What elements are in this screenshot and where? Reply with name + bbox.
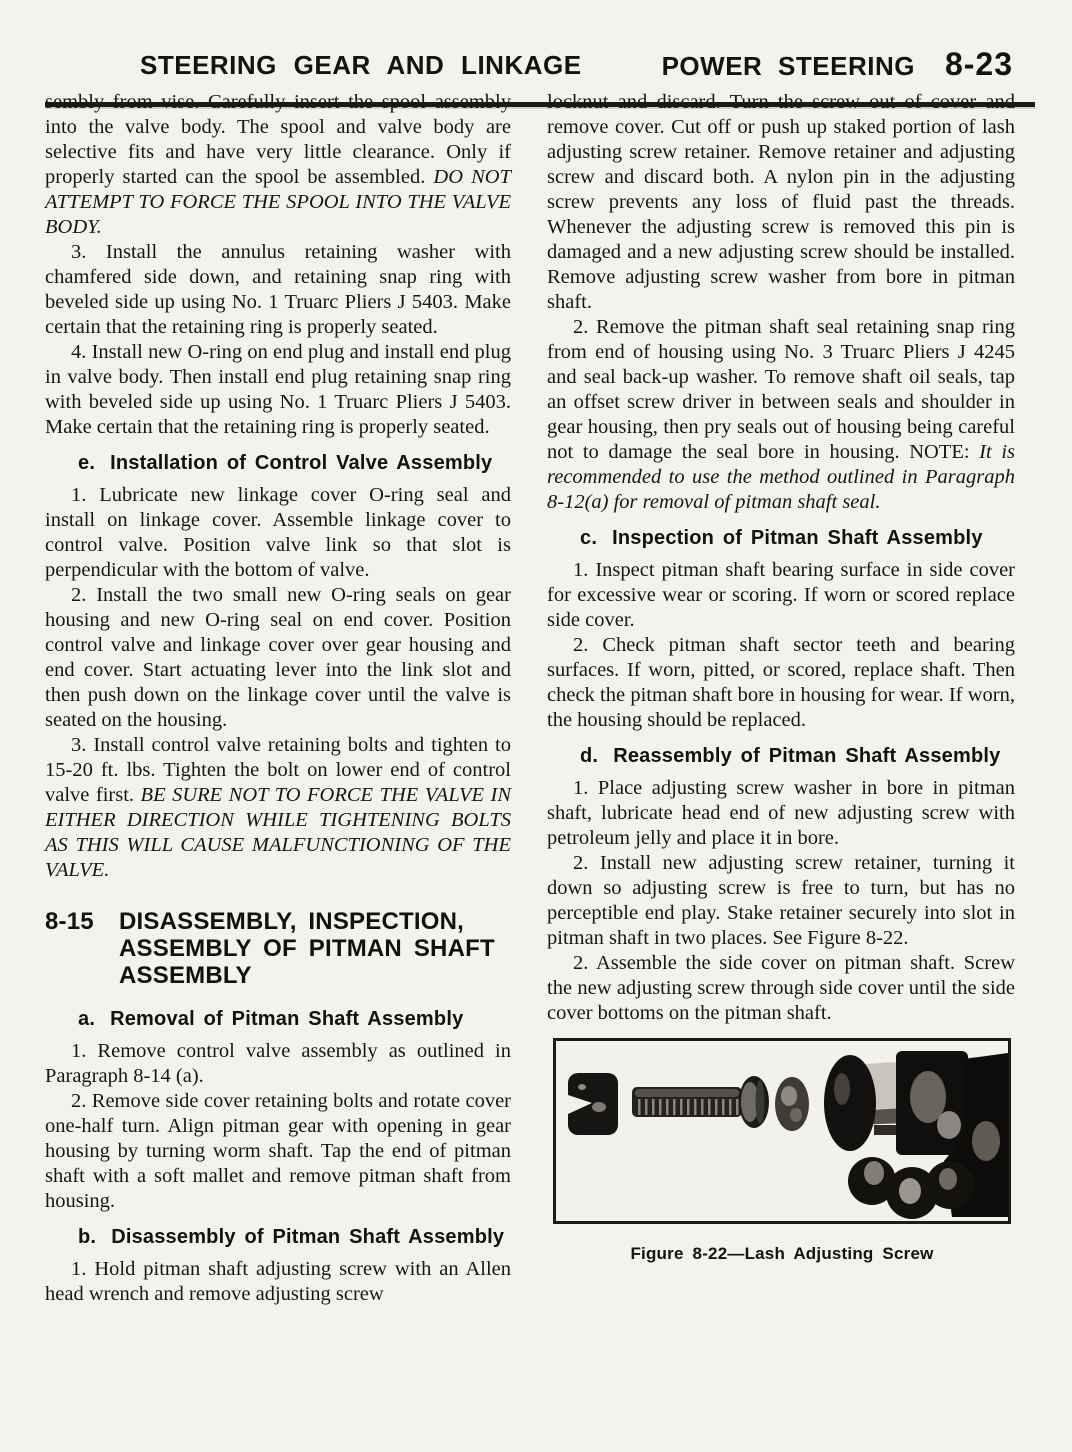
header-left-title: STEERING GEAR AND LINKAGE: [140, 50, 582, 81]
text-run: 2. Remove side cover retaining bolts and…: [45, 1090, 511, 1212]
section-title: DISASSEMBLY, INSPECTION, ASSEMBLY OF PIT…: [119, 908, 511, 989]
text-run: 1. Place adjusting screw washer in bore …: [547, 777, 1015, 849]
right-column: locknut and discard. Turn the screw out …: [547, 90, 1015, 1264]
subheading-title: Removal of Pitman Shaft Assembly: [110, 1007, 463, 1031]
paragraph: 2. Check pitman shaft sector teeth and b…: [547, 633, 1015, 733]
subheading-label: e.: [78, 451, 95, 475]
subheading: a.Removal of Pitman Shaft Assembly: [78, 1007, 511, 1031]
subheading-title: Reassembly of Pitman Shaft Assembly: [613, 744, 1000, 768]
subheading: b.Disassembly of Pitman Shaft Assembly: [78, 1225, 511, 1249]
figure-8-22: Figure 8-22—Lash Adjusting Screw: [553, 1038, 1011, 1264]
subheading-title: Disassembly of Pitman Shaft Assembly: [111, 1225, 504, 1249]
paragraph: 1. Remove control valve assembly as outl…: [45, 1039, 511, 1089]
section-heading: 8-15DISASSEMBLY, INSPECTION, ASSEMBLY OF…: [45, 908, 511, 989]
paragraph: 2. Assemble the side cover on pitman sha…: [547, 951, 1015, 1026]
paragraph: 1. Place adjusting screw washer in bore …: [547, 776, 1015, 851]
paragraph: 2. Install new adjusting screw retainer,…: [547, 851, 1015, 951]
text-run: locknut and discard. Turn the screw out …: [547, 91, 1015, 313]
header-right-title: POWER STEERING: [662, 51, 915, 82]
manual-page: STEERING GEAR AND LINKAGE POWER STEERING…: [0, 0, 1072, 1452]
subheading: c.Inspection of Pitman Shaft Assembly: [580, 526, 1015, 550]
subheading-title: Installation of Control Valve Assembly: [110, 451, 492, 475]
paragraph: 1. Hold pitman shaft adjusting screw wit…: [45, 1257, 511, 1307]
text-run: 2. Assemble the side cover on pitman sha…: [547, 952, 1015, 1024]
text-run: 1. Remove control valve assembly as outl…: [45, 1040, 511, 1087]
paragraph: 1. Lubricate new linkage cover O-ring se…: [45, 483, 511, 583]
figure-photo: [553, 1038, 1011, 1224]
subheading-label: b.: [78, 1225, 96, 1249]
paragraph: 3. Install control valve retaining bolts…: [45, 733, 511, 883]
left-column: sembly from vise. Carefully insert the s…: [45, 90, 511, 1307]
page-number: 8-23: [945, 46, 1013, 83]
paragraph: 2. Remove the pitman shaft seal retainin…: [547, 315, 1015, 515]
paragraph: 2. Install the two small new O-ring seal…: [45, 583, 511, 733]
right-column-blocks: locknut and discard. Turn the screw out …: [547, 90, 1015, 1026]
text-run: 1. Lubricate new linkage cover O-ring se…: [45, 484, 511, 581]
subheading: e.Installation of Control Valve Assembly: [78, 451, 511, 475]
paragraph: sembly from vise. Carefully insert the s…: [45, 90, 511, 240]
text-run: 1. Inspect pitman shaft bearing surface …: [547, 559, 1015, 631]
text-run: 2. Remove the pitman shaft seal retainin…: [547, 316, 1015, 463]
header-right: POWER STEERING 8-23: [662, 46, 1013, 83]
paragraph: locknut and discard. Turn the screw out …: [547, 90, 1015, 315]
subheading-title: Inspection of Pitman Shaft Assembly: [612, 526, 983, 550]
left-column-blocks: sembly from vise. Carefully insert the s…: [45, 90, 511, 1307]
text-run: 3. Install the annulus retaining washer …: [45, 241, 511, 338]
text-run: 2. Check pitman shaft sector teeth and b…: [547, 634, 1015, 731]
figure-caption: Figure 8-22—Lash Adjusting Screw: [553, 1244, 1011, 1264]
text-run: 2. Install the two small new O-ring seal…: [45, 584, 511, 731]
paragraph: 3. Install the annulus retaining washer …: [45, 240, 511, 340]
text-run: 2. Install new adjusting screw retainer,…: [547, 852, 1015, 949]
paragraph: 1. Inspect pitman shaft bearing surface …: [547, 558, 1015, 633]
lash-adjusting-screw-photo: [556, 1041, 1008, 1221]
subheading-label: c.: [580, 526, 597, 550]
text-run: 1. Hold pitman shaft adjusting screw wit…: [45, 1258, 511, 1305]
paragraph: 4. Install new O-ring on end plug and in…: [45, 340, 511, 440]
subheading-label: d.: [580, 744, 598, 768]
subheading-label: a.: [78, 1007, 95, 1031]
subheading: d.Reassembly of Pitman Shaft Assembly: [580, 744, 1015, 768]
text-run: 4. Install new O-ring on end plug and in…: [45, 341, 511, 438]
section-number: 8-15: [45, 908, 119, 989]
paragraph: 2. Remove side cover retaining bolts and…: [45, 1089, 511, 1214]
